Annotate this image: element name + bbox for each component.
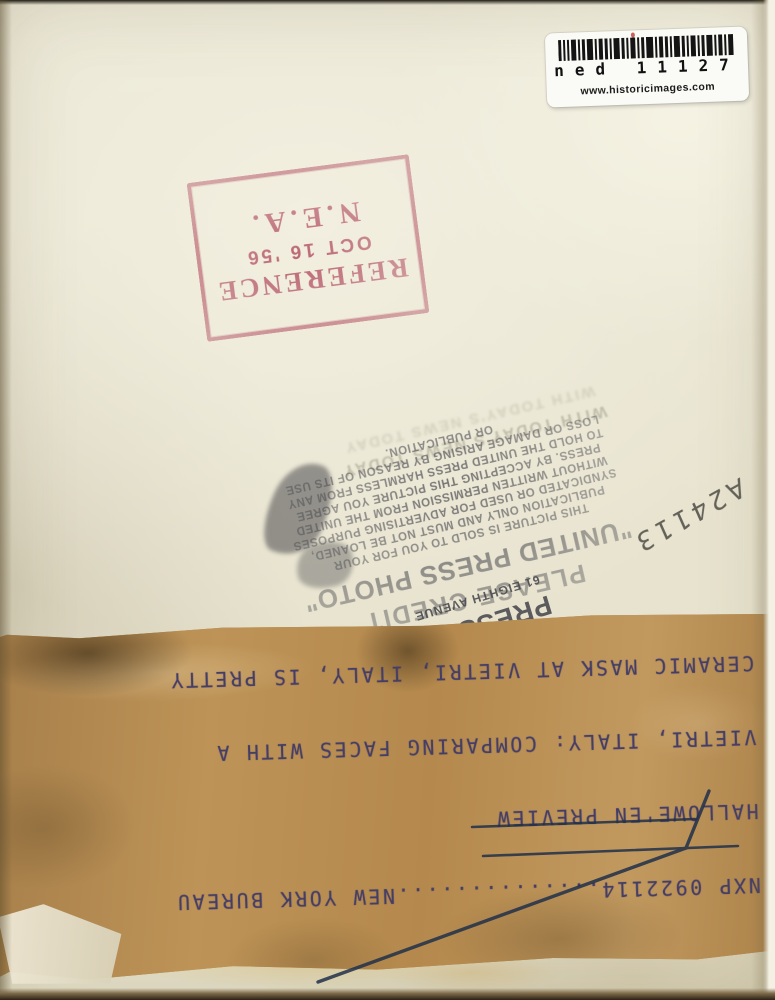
caption-line: CRELI (UNITED PRESS PHOTO) 9/22/56 (LB): [0, 0, 735, 34]
typed-caption-text: NXP 0922114..............NEW YORK BUREAU…: [0, 608, 775, 984]
red-ink-speck: [631, 32, 635, 37]
photo-bottom-edge: [0, 988, 775, 1000]
photo-top-edge: [0, 0, 775, 5]
caption-line: HALLOWE'EN PREVIEW: [0, 798, 759, 845]
sticker-website: www.historicimages.com: [547, 79, 749, 98]
caption-line: VIETRI, ITALY: COMPARING FACES WITH A: [0, 725, 757, 772]
caption-line: CERAMIC MASK AT VIETRI, ITALY, IS PRETTY: [0, 651, 755, 698]
caption-slip: NXP 0922114..............NEW YORK BUREAU…: [0, 608, 775, 984]
barcode-sticker: ned 11127 www.historicimages.com: [545, 26, 749, 107]
reference-label: REFERENCE: [214, 251, 410, 307]
photo-right-edge: [751, 0, 775, 1000]
caption-line: NXP 0922114..............NEW YORK BUREAU: [1, 872, 761, 919]
reference-date-stamp: REFERENCE OCT 16 '56 N.E.A.: [187, 154, 430, 342]
photo-left-edge: [0, 0, 12, 1000]
press-photo-back-scan: WITH TODAY'S NEWS TODAY WITH TODAY'S NEW…: [0, 0, 775, 1000]
